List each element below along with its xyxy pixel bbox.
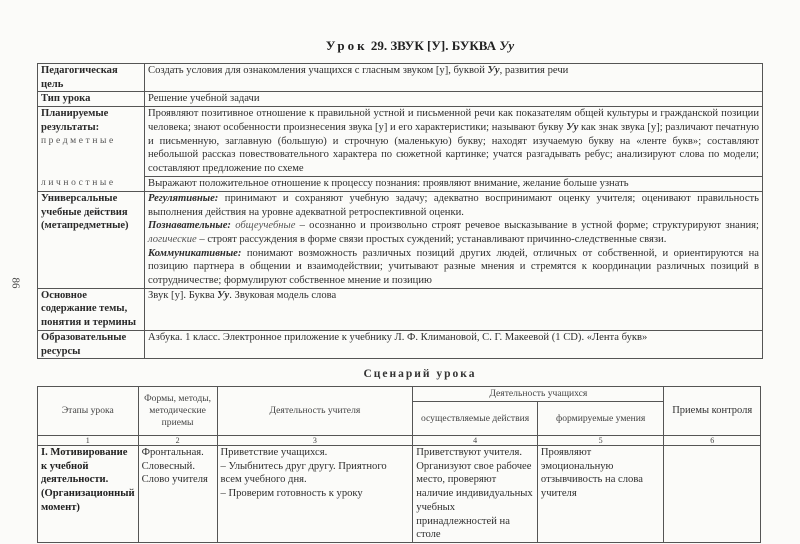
- text: – осознанно и произвольно строят речевое…: [295, 220, 759, 231]
- scenario-row: I. Мотивирование к учебной деятельности.…: [38, 446, 761, 543]
- col-num: 4: [413, 436, 538, 446]
- info-row-resources: Образовательные ресурсы Азбука. 1 класс.…: [38, 330, 763, 358]
- uud-regulatory: Регулятивные: принимают и сохраняют учеб…: [148, 192, 759, 219]
- header-students: Деятельность учащихся: [413, 387, 664, 402]
- col-num: 1: [38, 436, 139, 446]
- uud-head: Регулятивные:: [148, 193, 218, 204]
- col-num: 6: [664, 436, 761, 446]
- info-row-type: Тип урока Решение учебной задачи: [38, 92, 763, 107]
- text: Создать условия для ознакомления учащихс…: [148, 65, 488, 76]
- teacher-line: Приветствие учащихся.: [221, 446, 410, 460]
- info-value-results-subject: Проявляют позитивное отношение к правиль…: [145, 107, 763, 177]
- lesson-title-letter: Уу: [499, 38, 514, 53]
- cell-forms: Фронтальная. Словесный. Слово учителя: [138, 446, 217, 543]
- sublabel-personal: личностные: [41, 178, 116, 188]
- uud-head: Коммуникативные:: [148, 248, 241, 259]
- cell-actions: Приветствуют учителя. Организуют свое ра…: [413, 446, 538, 543]
- cell-skills: Проявляют эмоциональную отзывчивость на …: [537, 446, 664, 543]
- text: Звук [у]. Буква: [148, 290, 217, 301]
- scenario-table: Этапы урока Формы, методы, методические …: [37, 386, 761, 543]
- info-label-type: Тип урока: [38, 92, 145, 107]
- column-numbers-row: 1 2 3 4 5 6: [38, 436, 761, 446]
- info-row-content: Основное содержание темы, понятия и терм…: [38, 288, 763, 330]
- col-num: 2: [138, 436, 217, 446]
- letter-text: Уу: [566, 122, 578, 133]
- info-value-content: Звук [у]. Буква Уу. Звуковая модель слов…: [145, 288, 763, 330]
- label-text: Планируемые результаты:: [41, 107, 141, 134]
- teacher-line: – Проверим готовность к уроку: [221, 487, 410, 501]
- info-label-resources: Образовательные ресурсы: [38, 330, 145, 358]
- info-label-personal: личностные: [38, 176, 145, 191]
- uud-communicative: Коммуникативные: понимают возможность ра…: [148, 247, 759, 288]
- lesson-info-table: Педагогическая цель Создать условия для …: [37, 63, 763, 359]
- info-value-goal: Создать условия для ознакомления учащихс…: [145, 64, 763, 92]
- info-value-resources: Азбука. 1 класс. Электронное приложение …: [145, 330, 763, 358]
- teacher-line: – Улыбнитесь друг другу. Приятного всем …: [221, 460, 410, 487]
- uud-head: Познавательные:: [148, 220, 231, 231]
- text: , развития речи: [500, 65, 569, 76]
- uud-cognitive: Познавательные: общеучебные – осознанно …: [148, 219, 759, 246]
- header-teacher: Деятельность учителя: [217, 387, 413, 436]
- header-actions: осуществляемые действия: [413, 402, 538, 436]
- scenario-header-row: Этапы урока Формы, методы, методические …: [38, 387, 761, 402]
- header-stages: Этапы урока: [38, 387, 139, 436]
- header-skills: формируемые умения: [537, 402, 664, 436]
- text: принимают и сохраняют учебную задачу; ад…: [148, 193, 759, 218]
- lesson-title: Урок 29. ЗВУК [У]. БУКВА Уу: [0, 38, 800, 54]
- info-label-results: Планируемые результаты: предметные: [38, 107, 145, 177]
- info-row-results-subject: Планируемые результаты: предметные Прояв…: [38, 107, 763, 177]
- header-forms: Формы, методы, методические приемы: [138, 387, 217, 436]
- cell-stage: I. Мотивирование к учебной деятельности.…: [38, 446, 139, 543]
- col-num: 5: [537, 436, 664, 446]
- col-num: 3: [217, 436, 413, 446]
- text: – строят рассуждения в форме связи прост…: [197, 234, 667, 245]
- lesson-title-prefix: Урок: [326, 38, 368, 53]
- cell-teacher: Приветствие учащихся. – Улыбнитесь друг …: [217, 446, 413, 543]
- info-value-results-personal: Выражают положительное отношение к проце…: [145, 176, 763, 191]
- info-row-goal: Педагогическая цель Создать условия для …: [38, 64, 763, 92]
- uud-sub: логические: [148, 234, 197, 245]
- letter-text: Уу: [217, 290, 229, 301]
- lesson-title-text: 29. ЗВУК [У]. БУКВА: [371, 38, 496, 53]
- info-value-uud: Регулятивные: принимают и сохраняют учеб…: [145, 191, 763, 288]
- uud-sub: общеучебные: [235, 220, 295, 231]
- scenario-title: Сценарий урока: [0, 368, 800, 380]
- cell-control: [664, 446, 761, 543]
- info-label-uud: Универсальные учебные действия (метапред…: [38, 191, 145, 288]
- letter-text: Уу: [488, 65, 500, 76]
- info-label-goal: Педагогическая цель: [38, 64, 145, 92]
- sublabel-subject: предметные: [41, 135, 141, 149]
- header-control: Приемы контроля: [664, 387, 761, 436]
- text: . Звуковая модель слова: [229, 290, 336, 301]
- info-value-type: Решение учебной задачи: [145, 92, 763, 107]
- info-label-content: Основное содержание темы, понятия и терм…: [38, 288, 145, 330]
- info-row-uud: Универсальные учебные действия (метапред…: [38, 191, 763, 288]
- info-row-results-personal: личностные Выражают положительное отноше…: [38, 176, 763, 191]
- page-number: 86: [10, 278, 22, 289]
